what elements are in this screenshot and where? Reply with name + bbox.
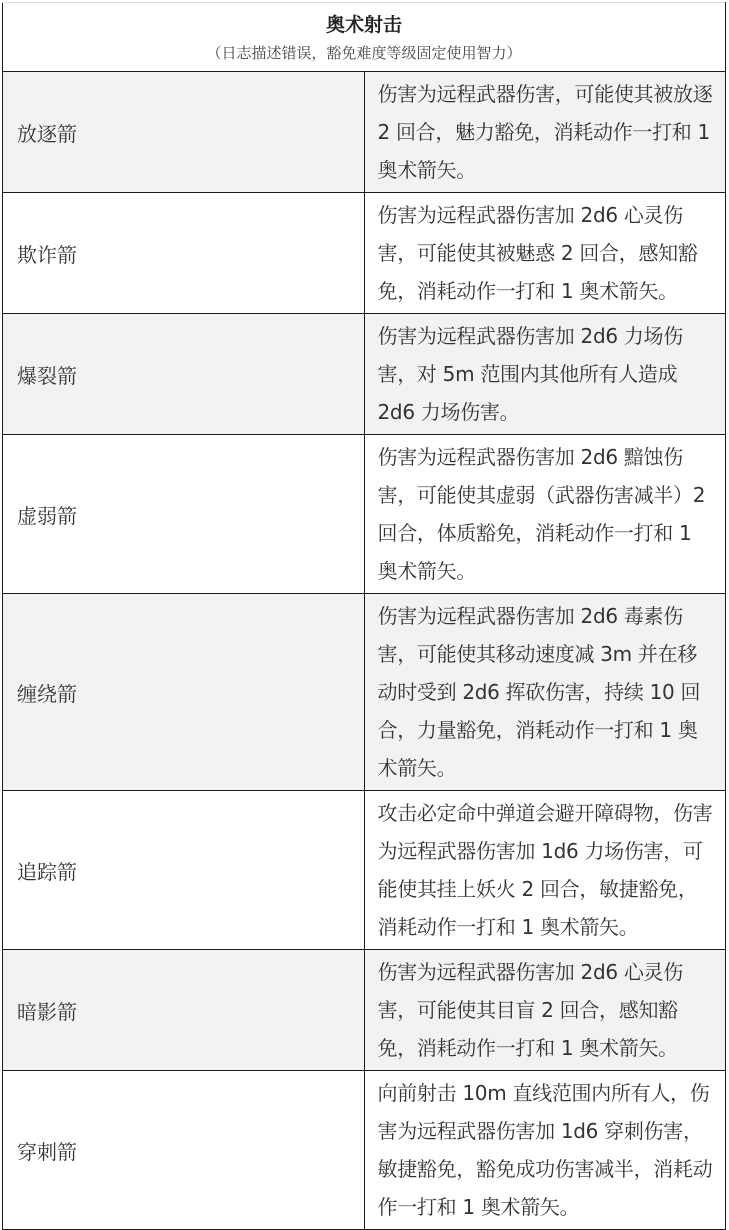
table-row: 放逐箭 伤害为远程武器伤害，可能使其被放逐 2 回合，魅力豁免，消耗动作一打和 … <box>3 72 726 193</box>
table-header-title-row: 奥术射击 <box>3 3 726 42</box>
arrow-name: 爆裂箭 <box>3 314 365 435</box>
arrow-name: 缠绕箭 <box>3 594 365 791</box>
arcane-shot-table: 奥术射击 （日志描述错误，豁免难度等级固定使用智力） 放逐箭 伤害为远程武器伤害… <box>2 2 726 876</box>
table-row: 追踪箭 攻击必定命中弹道会避开障碍物，伤害为远程武器伤害加 1d6 力场伤害，可… <box>3 791 726 877</box>
table-row: 虚弱箭 伤害为远程武器伤害加 2d6 黯蚀伤害，可能使其虚弱（武器伤害减半）2 … <box>3 435 726 594</box>
table-row: 欺诈箭 伤害为远程武器伤害加 2d6 心灵伤害，可能使其被魅惑 2 回合，感知豁… <box>3 193 726 314</box>
table-row: 缠绕箭 伤害为远程武器伤害加 2d6 毒素伤害，可能使其移动速度减 3m 并在移… <box>3 594 726 791</box>
arrow-name: 追踪箭 <box>3 791 365 877</box>
arrow-description: 伤害为远程武器伤害加 2d6 毒素伤害，可能使其移动速度减 3m 并在移动时受到… <box>364 594 726 791</box>
table-header-subtitle-row: （日志描述错误，豁免难度等级固定使用智力） <box>3 41 726 72</box>
arrow-name: 虚弱箭 <box>3 435 365 594</box>
arrow-description: 伤害为远程武器伤害加 2d6 黯蚀伤害，可能使其虚弱（武器伤害减半）2 回合，体… <box>364 435 726 594</box>
arrow-description: 伤害为远程武器伤害加 2d6 心灵伤害，可能使其被魅惑 2 回合，感知豁免，消耗… <box>364 193 726 314</box>
table-title: 奥术射击 <box>3 3 726 42</box>
arrow-description: 伤害为远程武器伤害加 2d6 力场伤害，对 5m 范围内其他所有人造成 2d6 … <box>364 314 726 435</box>
arrow-description: 攻击必定命中弹道会避开障碍物，伤害为远程武器伤害加 1d6 力场伤害，可能使其挂… <box>364 791 726 877</box>
arrow-description: 伤害为远程武器伤害，可能使其被放逐 2 回合，魅力豁免，消耗动作一打和 1 奥术… <box>364 72 726 193</box>
arrow-name: 欺诈箭 <box>3 193 365 314</box>
table-row: 爆裂箭 伤害为远程武器伤害加 2d6 力场伤害，对 5m 范围内其他所有人造成 … <box>3 314 726 435</box>
arcane-shot-table-container: 奥术射击 （日志描述错误，豁免难度等级固定使用智力） 放逐箭 伤害为远程武器伤害… <box>2 2 726 876</box>
arrow-name: 放逐箭 <box>3 72 365 193</box>
table-subtitle: （日志描述错误，豁免难度等级固定使用智力） <box>3 41 726 72</box>
